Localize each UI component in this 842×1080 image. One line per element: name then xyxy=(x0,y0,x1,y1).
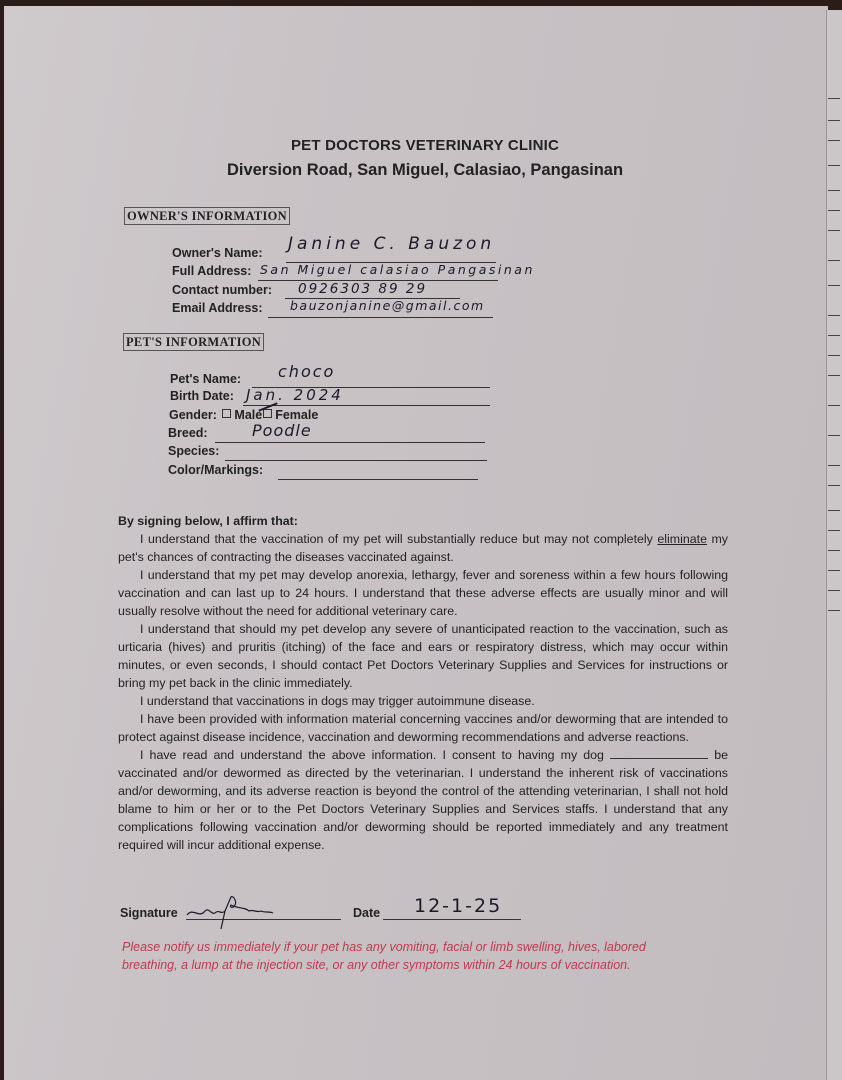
birth-date-line xyxy=(243,405,490,406)
post-vaccination-notice: Please notify us immediately if your pet… xyxy=(122,938,702,974)
signature-label: Signature xyxy=(120,906,178,920)
contact-number-label: Contact number: xyxy=(172,283,272,297)
consent-paragraph-3: I understand that should my pet develop … xyxy=(118,620,728,692)
breed-line xyxy=(215,442,485,443)
male-checkbox[interactable] xyxy=(222,409,231,418)
consent-p1-text: I understand that the vaccination of my … xyxy=(140,532,657,546)
date-label: Date xyxy=(353,906,380,920)
species-label: Species: xyxy=(168,444,219,458)
birth-date-value[interactable]: Jan. 2024 xyxy=(246,386,344,404)
birth-date-label: Birth Date: xyxy=(170,389,234,403)
full-address-label: Full Address: xyxy=(172,264,251,278)
breed-value[interactable]: Poodle xyxy=(252,421,312,440)
owner-section-title: OWNER'S INFORMATION xyxy=(124,207,290,225)
clinic-name: PET DOCTORS VETERINARY CLINIC xyxy=(0,137,842,154)
consent-paragraph-4: I understand that vaccinations in dogs m… xyxy=(118,692,728,710)
owner-name-label: Owner's Name: xyxy=(172,246,263,260)
consent-paragraph-2: I understand that my pet may develop ano… xyxy=(118,566,728,620)
breed-label: Breed: xyxy=(168,426,208,440)
consent-lead: By signing below, I affirm that: xyxy=(118,512,728,530)
dog-name-blank[interactable] xyxy=(610,746,708,759)
signature-scribble[interactable] xyxy=(185,893,275,933)
consent-paragraph-1: I understand that the vaccination of my … xyxy=(118,530,728,566)
color-markings-label: Color/Markings: xyxy=(168,463,263,477)
color-markings-line xyxy=(278,479,478,480)
pet-name-label: Pet's Name: xyxy=(170,372,241,386)
consent-paragraph-5: I have been provided with information ma… xyxy=(118,710,728,746)
consent-p1-underlined: eliminate xyxy=(657,532,707,546)
pet-name-value[interactable]: choco xyxy=(278,362,335,381)
date-line xyxy=(383,919,521,920)
owner-name-value[interactable]: Janine C. Bauzon xyxy=(288,234,495,254)
date-value[interactable]: 12-1-25 xyxy=(414,895,502,917)
full-address-value[interactable]: San Miguel calasiao Pangasinan xyxy=(260,262,535,277)
consent-p6-text-end: be vaccinated and/or dewormed as directe… xyxy=(118,748,728,852)
email-address-line xyxy=(268,317,493,318)
consent-p6-text: I have read and understand the above inf… xyxy=(140,748,604,762)
contact-number-value[interactable]: 0926303 89 29 xyxy=(298,281,427,297)
consent-paragraph-6: I have read and understand the above inf… xyxy=(118,746,728,854)
gender-label: Gender: xyxy=(169,408,217,422)
clinic-address: Diversion Road, San Miguel, Calasiao, Pa… xyxy=(0,161,842,180)
pet-section-title: PET'S INFORMATION xyxy=(123,333,264,351)
female-option-label: Female xyxy=(275,408,318,422)
female-checkbox-checked[interactable] xyxy=(263,409,272,418)
species-line xyxy=(225,460,487,461)
gender-field: Gender: MaleFemale xyxy=(169,408,318,422)
consent-statement: By signing below, I affirm that: I under… xyxy=(118,512,728,854)
email-address-label: Email Address: xyxy=(172,301,263,315)
email-address-value[interactable]: bauzonjanine@gmail.com xyxy=(290,298,485,313)
